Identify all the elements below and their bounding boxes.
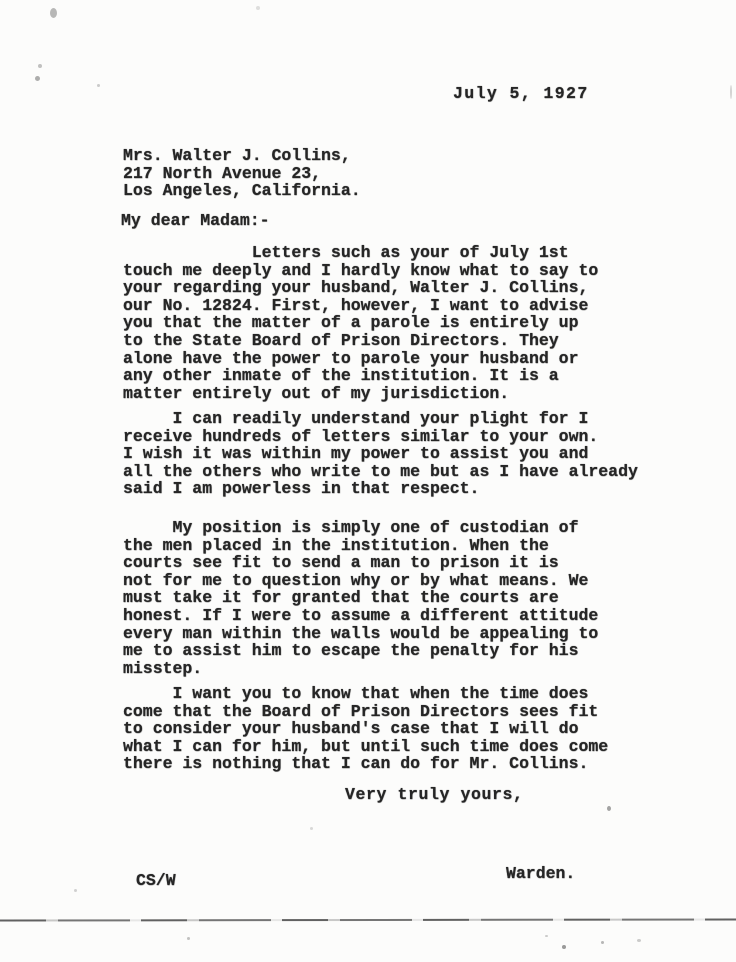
letter-date: July 5, 1927 <box>453 85 589 103</box>
text-line: to consider your husband's case that I w… <box>123 720 608 738</box>
text-line: touch me deeply and I hardly know what t… <box>123 262 598 280</box>
body-paragraph-3: My position is simply one of custodian o… <box>123 519 598 677</box>
text-line: honest. If I were to assume a different … <box>123 607 598 625</box>
text-line: 217 North Avenue 23, <box>123 165 361 183</box>
text-line: I can readily understand your plight for… <box>123 410 638 428</box>
signature-title: Warden. <box>506 865 575 883</box>
text-line: misstep. <box>123 660 598 678</box>
scan-artifact-line <box>0 918 736 921</box>
text-line: must take it for granted that the courts… <box>123 589 598 607</box>
scan-speck <box>38 64 42 68</box>
closing-valediction: Very truly yours, <box>345 786 524 804</box>
text-line: there is nothing that I can do for Mr. C… <box>123 755 608 773</box>
scan-speck <box>637 939 641 942</box>
scan-speck <box>310 827 313 830</box>
body-paragraph-1: Letters such as your of July 1sttouch me… <box>123 244 598 402</box>
scan-speck <box>256 6 260 10</box>
text-line: Letters such as your of July 1st <box>123 244 598 262</box>
recipient-address: Mrs. Walter J. Collins,217 North Avenue … <box>123 147 361 200</box>
text-line: come that the Board of Prison Directors … <box>123 703 608 721</box>
scan-speck <box>74 889 77 892</box>
text-line: every man within the walls would be appe… <box>123 625 598 643</box>
scan-speck <box>730 85 732 99</box>
text-line: you that the matter of a parole is entir… <box>123 314 598 332</box>
text-line: the men placed in the institution. When … <box>123 537 598 555</box>
text-line: me to assist him to escape the penalty f… <box>123 642 598 660</box>
scan-speck <box>35 76 40 81</box>
text-line: My position is simply one of custodian o… <box>123 519 598 537</box>
text-line: receive hundreds of letters similar to y… <box>123 428 638 446</box>
body-paragraph-2: I can readily understand your plight for… <box>123 410 638 498</box>
text-line: your regarding your husband, Walter J. C… <box>123 279 598 297</box>
text-line: courts see fit to send a man to prison i… <box>123 554 598 572</box>
text-line: matter entirely out of my jurisdiction. <box>123 385 598 403</box>
salutation: My dear Madam:- <box>121 212 270 230</box>
text-line: Mrs. Walter J. Collins, <box>123 147 361 165</box>
text-line: to the State Board of Prison Directors. … <box>123 332 598 350</box>
scan-speck <box>545 935 548 937</box>
typist-initials: CS/W <box>136 872 176 890</box>
text-line: what I can for him, but until such time … <box>123 738 608 756</box>
scan-speck <box>607 806 611 811</box>
scanned-letter-page: July 5, 1927 Mrs. Walter J. Collins,217 … <box>0 0 736 962</box>
text-line: any other inmate of the institution. It … <box>123 367 598 385</box>
text-line: I wish it was within my power to assist … <box>123 445 638 463</box>
scan-speck <box>562 945 566 949</box>
text-line: all the others who write to me but as I … <box>123 463 638 481</box>
text-line: Los Angeles, California. <box>123 182 361 200</box>
text-line: said I am powerless in that respect. <box>123 480 638 498</box>
text-line: I want you to know that when the time do… <box>123 685 608 703</box>
scan-speck <box>97 84 100 87</box>
scan-speck <box>601 941 604 944</box>
text-line: alone have the power to parole your husb… <box>123 350 598 368</box>
body-paragraph-4: I want you to know that when the time do… <box>123 685 608 773</box>
scan-speck <box>50 8 57 18</box>
scan-speck <box>187 937 190 940</box>
text-line: our No. 12824. First, however, I want to… <box>123 297 598 315</box>
text-line: not for me to question why or by what me… <box>123 572 598 590</box>
